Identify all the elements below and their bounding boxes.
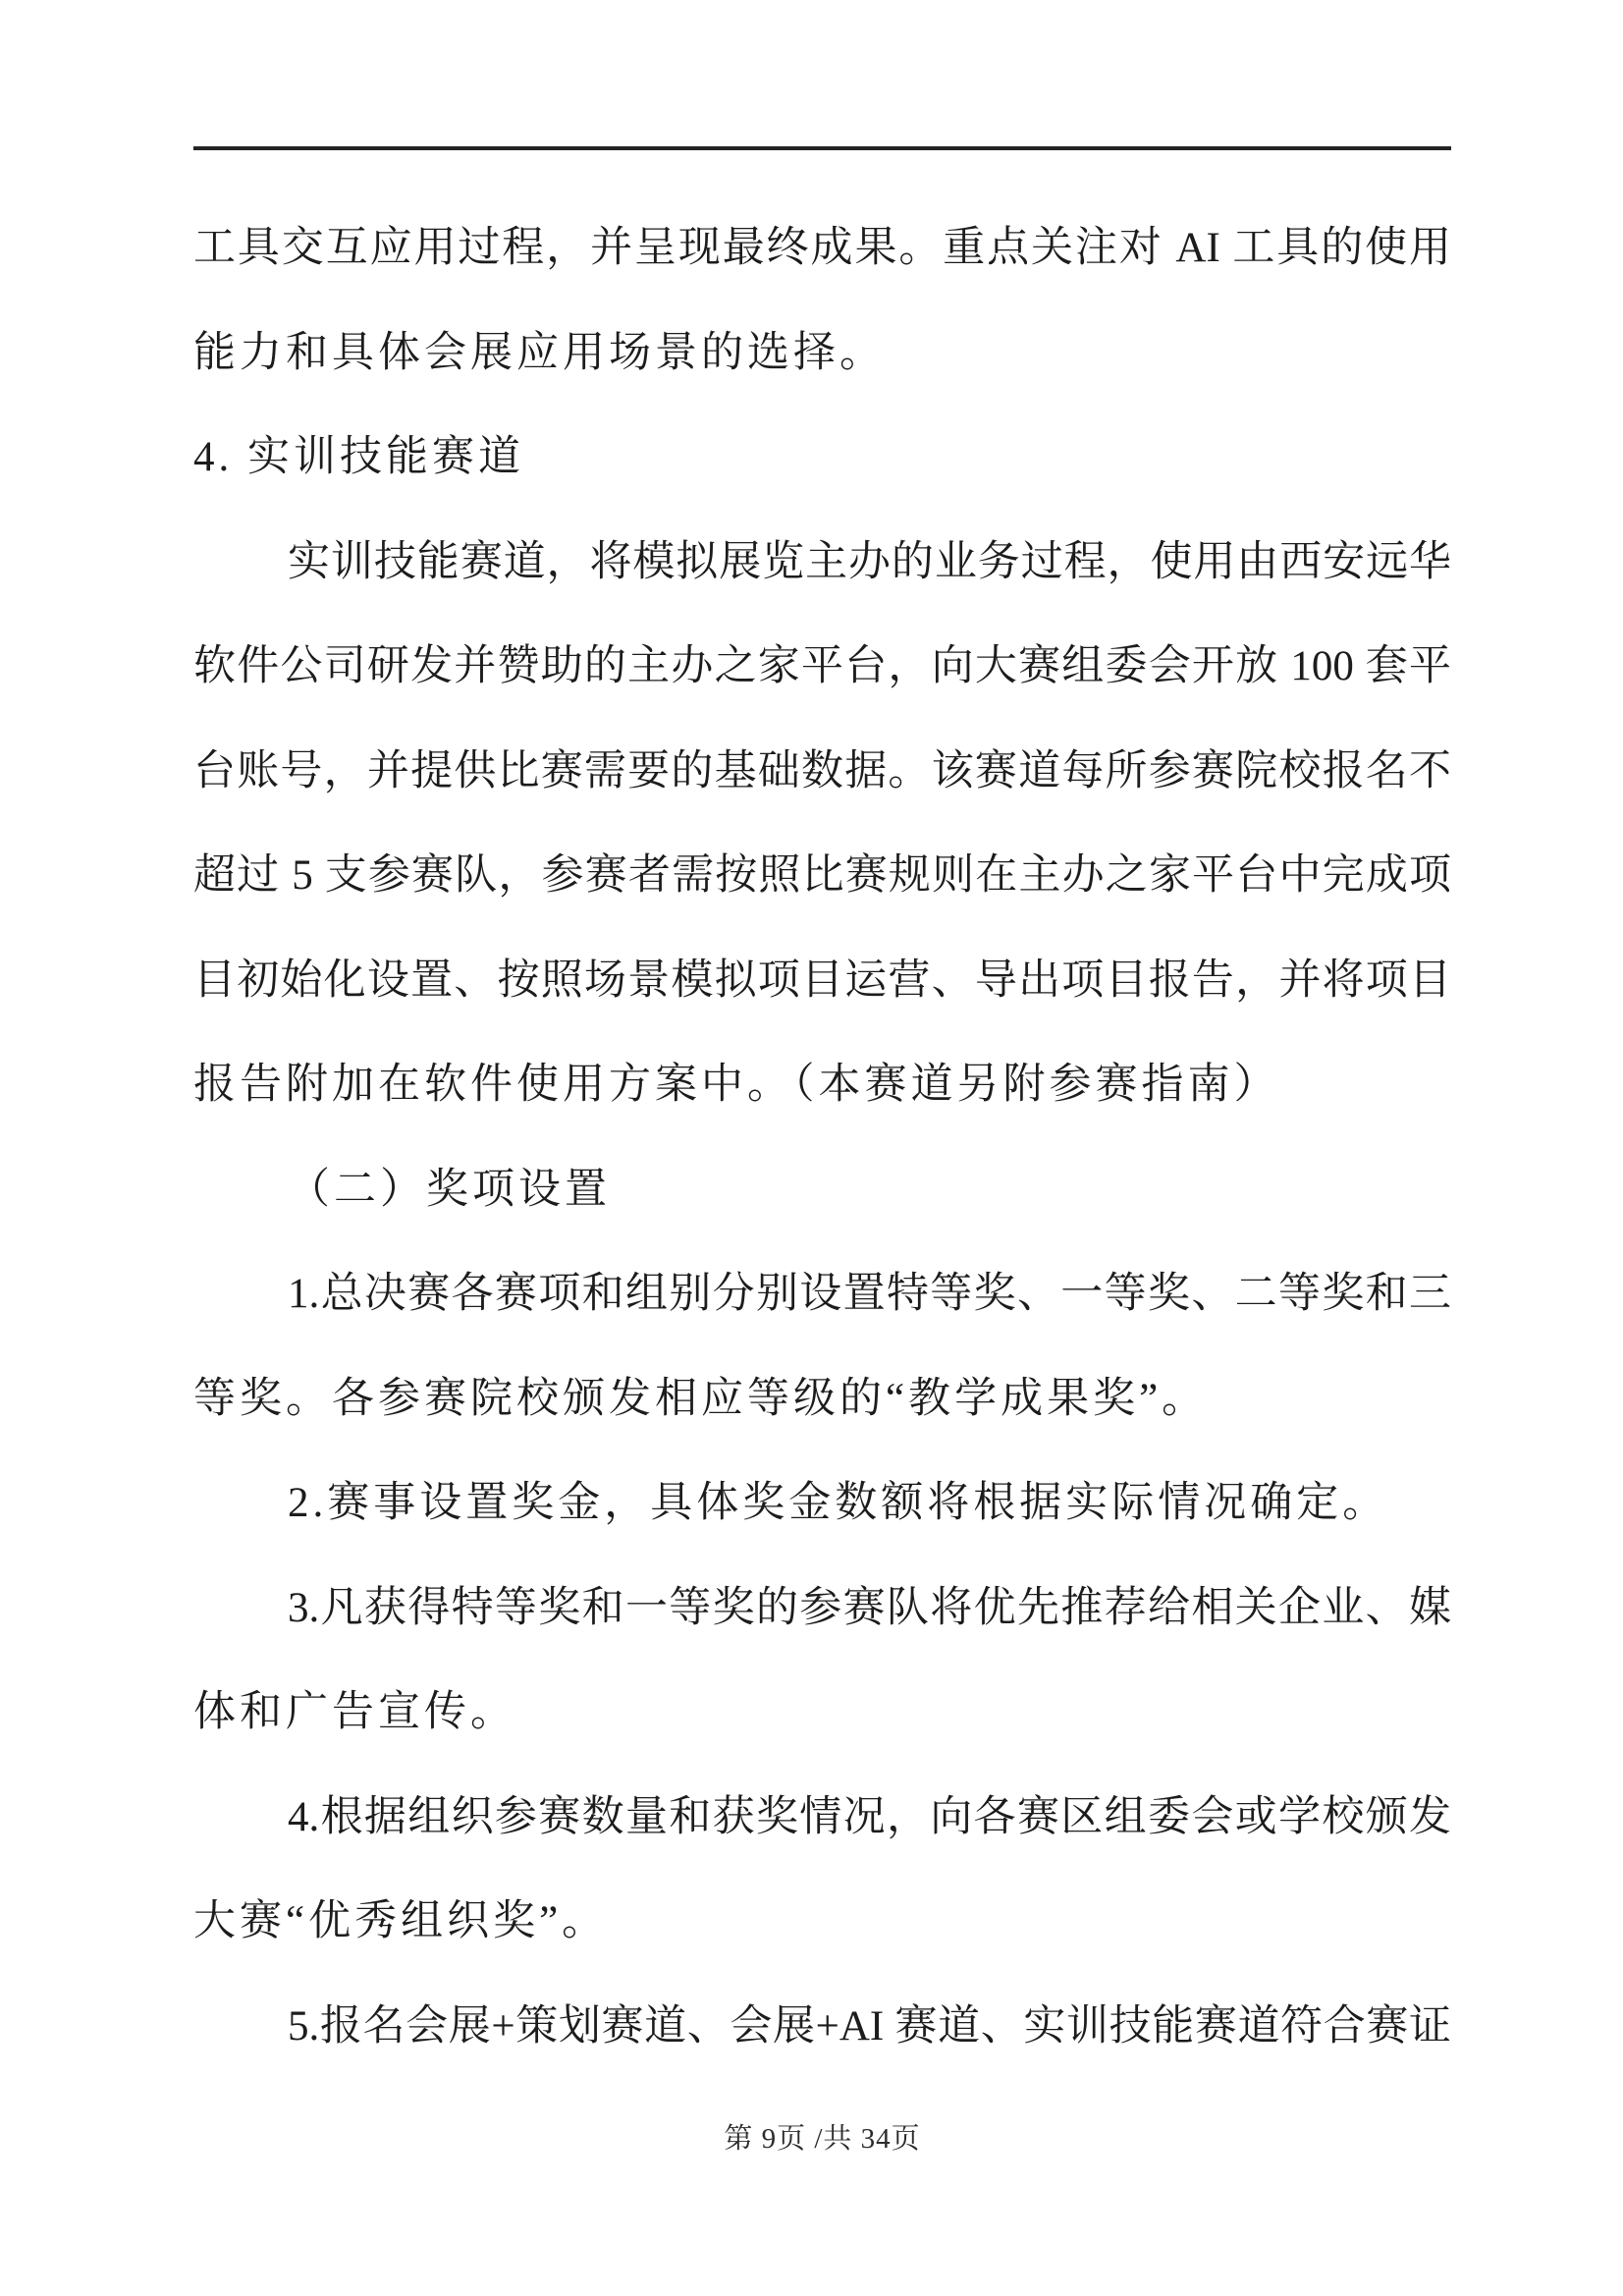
text-line: 报告附加在软件使用方案中。（本赛道另附参赛指南） [193, 1033, 1451, 1138]
page-footer: 第 9页 /共 34页 [193, 2119, 1451, 2159]
text-line: （二）奖项设置 [193, 1138, 1451, 1243]
header-rule [193, 146, 1451, 150]
text-line: 超过 5 支参赛队，参赛者需按照比赛规则在主办之家平台中完成项 [193, 824, 1451, 929]
text-line: 2.赛事设置奖金，具体奖金数额将根据实际情况确定。 [193, 1451, 1451, 1557]
text-line: 大赛“优秀组织奖”。 [193, 1870, 1451, 1975]
text-line: 3.凡获得特等奖和一等奖的参赛队将优先推荐给相关企业、媒 [193, 1557, 1451, 1662]
text-line: 能力和具体会展应用场景的选择。 [193, 301, 1451, 407]
text-line: 等奖。各参赛院校颁发相应等级的“教学成果奖”。 [193, 1347, 1451, 1452]
text-line: 5.报名会展+策划赛道、会展+AI 赛道、实训技能赛道符合赛证 [193, 1975, 1451, 2080]
text-line: 软件公司研发并赞助的主办之家平台，向大赛组委会开放 100 套平 [193, 615, 1451, 720]
text-line: 目初始化设置、按照场景模拟项目运营、导出项目报告，并将项目 [193, 929, 1451, 1034]
text-line: 4. 实训技能赛道 [193, 406, 1451, 511]
text-line: 体和广告宣传。 [193, 1661, 1451, 1766]
text-line: 实训技能赛道，将模拟展览主办的业务过程，使用由西安远华 [193, 511, 1451, 616]
document-body: 工具交互应用过程，并呈现最终成果。重点关注对 AI 工具的使用能力和具体会展应用… [193, 196, 1451, 2079]
text-line: 台账号，并提供比赛需要的基础数据。该赛道每所参赛院校报名不 [193, 720, 1451, 825]
page-number-label: 第 9页 /共 34页 [724, 2123, 920, 2155]
document-page: 工具交互应用过程，并呈现最终成果。重点关注对 AI 工具的使用能力和具体会展应用… [0, 0, 1623, 2296]
text-line: 1.总决赛各赛项和组别分别设置特等奖、一等奖、二等奖和三 [193, 1242, 1451, 1347]
text-line: 4.根据组织参赛数量和获奖情况，向各赛区组委会或学校颁发 [193, 1766, 1451, 1871]
text-line: 工具交互应用过程，并呈现最终成果。重点关注对 AI 工具的使用 [193, 196, 1451, 301]
